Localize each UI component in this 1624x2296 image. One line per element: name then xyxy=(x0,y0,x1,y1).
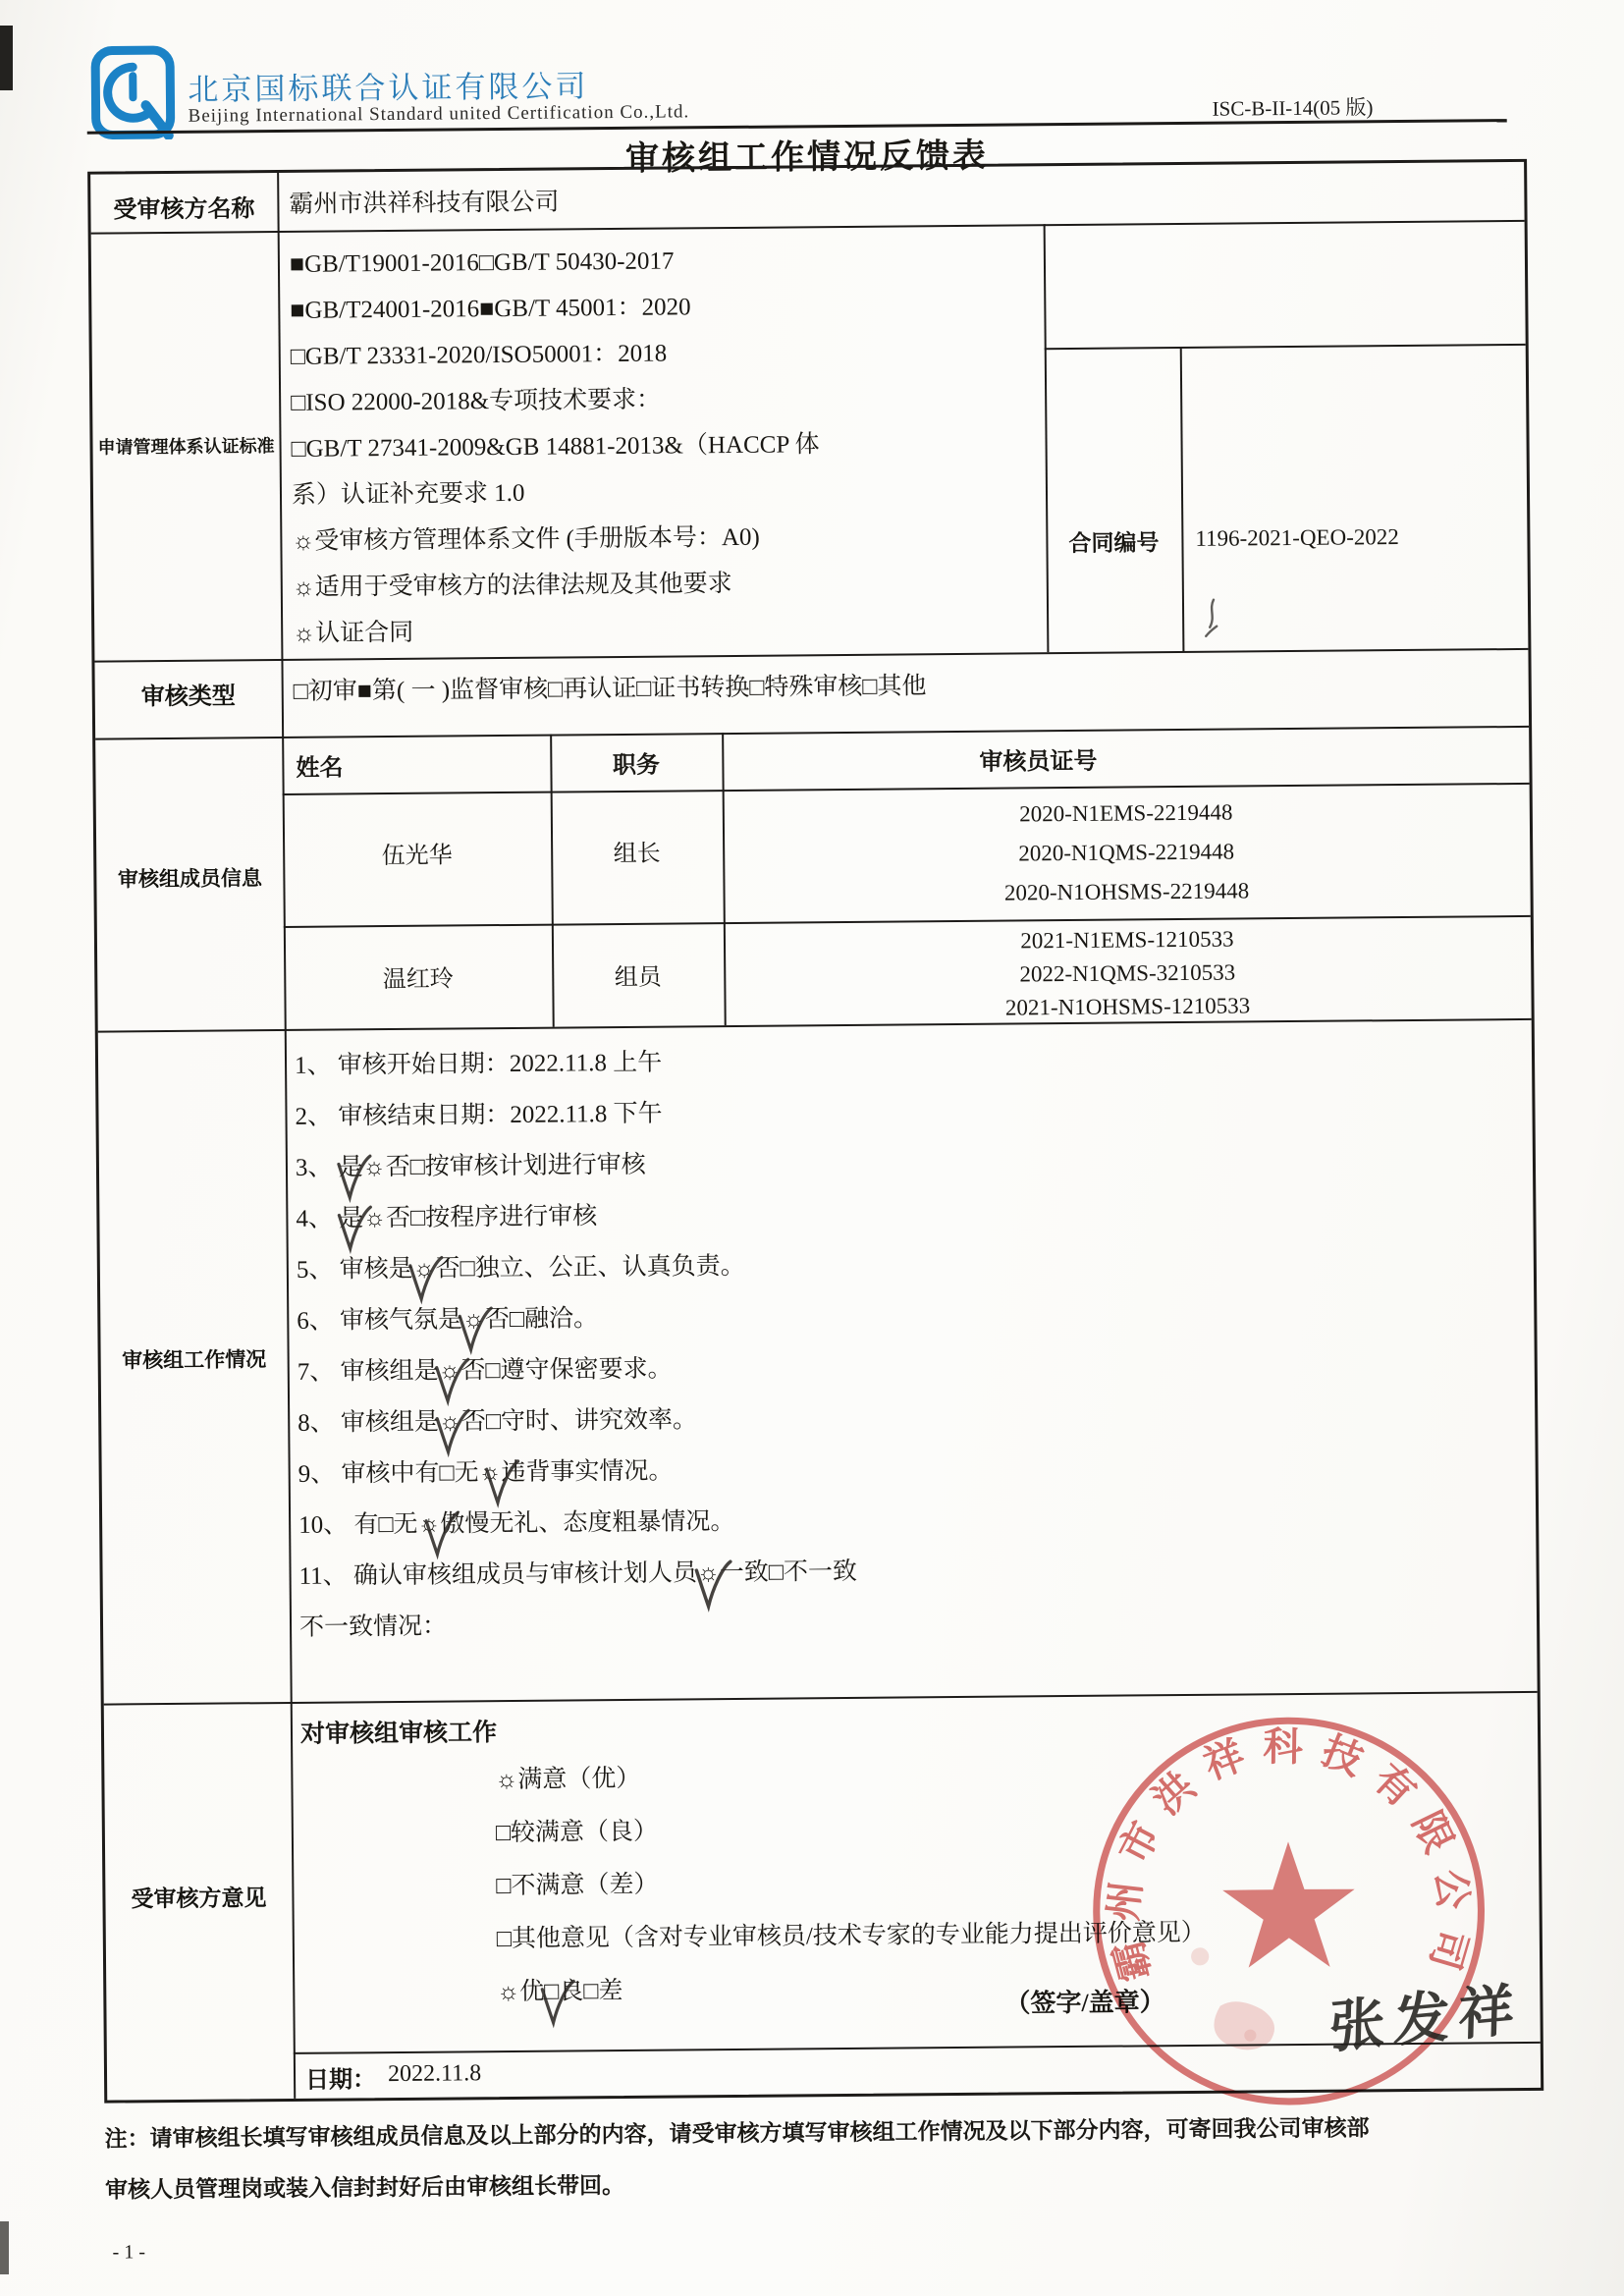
member-certs: 2020-N1EMS-2219448 2020-N1QMS-2219448 20… xyxy=(723,791,1531,915)
row-divider xyxy=(91,220,1525,235)
member-header-cert: 审核员证号 xyxy=(783,739,1293,779)
work-item: 不一致情况： xyxy=(299,1592,1527,1654)
standards-line: ■GB/T24001-2016■GB/T 45001：2020 xyxy=(290,283,839,334)
company-name-cn: 北京国标联合认证有限公司 xyxy=(188,61,588,109)
scan-artifact xyxy=(0,2221,9,2274)
company-logo xyxy=(89,45,177,140)
column-divider xyxy=(1180,347,1185,651)
handwritten-check-icon xyxy=(538,1979,575,2028)
standards-line: □GB/T 23331-2020/ISO50001：2018 xyxy=(291,329,840,380)
auditee-label: 受审核方名称 xyxy=(90,189,277,225)
date-label: 日期： xyxy=(305,2059,376,2095)
handwritten-check-icon xyxy=(433,1357,470,1406)
standards-line: ■GB/T19001-2016□GB/T 50430-2017 xyxy=(290,237,839,288)
member-header-name: 姓名 xyxy=(296,747,343,782)
standards-line: □ISO 22000-2018&专项技术要求： xyxy=(291,375,840,426)
members-label: 审核组成员信息 xyxy=(96,862,283,894)
seal-star-icon xyxy=(1222,1841,1356,1968)
member-name: 温红玲 xyxy=(284,958,552,995)
doc-code: ISC-B-II-14(05 版) xyxy=(1212,91,1373,122)
handwritten-mark xyxy=(1202,597,1223,644)
contract-cell-top-border xyxy=(1045,344,1526,350)
handwritten-check-icon xyxy=(483,1459,520,1508)
cert-number: 2021-N1OHSMS-1210533 xyxy=(724,987,1531,1027)
member-name: 伍光华 xyxy=(283,835,551,871)
standards-label: 申请管理体系认证标准 xyxy=(92,432,279,460)
opinion-intro: 对审核组审核工作 xyxy=(300,1713,497,1750)
contract-number: 1196-2021-QEO-2022 xyxy=(1195,524,1399,552)
auditee-value: 霸州市洪祥科技有限公司 xyxy=(289,183,559,220)
handwritten-check-icon xyxy=(406,1256,444,1305)
handwritten-check-icon xyxy=(456,1306,493,1355)
row-divider xyxy=(95,726,1529,740)
member-header-role: 职务 xyxy=(550,744,722,781)
cert-number: 2020-N1OHSMS-2219448 xyxy=(723,869,1530,915)
scanned-document-page: 北京国标联合认证有限公司 Beijing International Stand… xyxy=(0,0,1624,2296)
handwritten-check-icon xyxy=(433,1408,470,1457)
standards-line: ☼受审核方管理体系文件 (手册版本号：A0) xyxy=(292,514,841,565)
page-number: - 1 - xyxy=(113,2241,146,2264)
document-content: 北京国标联合认证有限公司 Beijing International Stand… xyxy=(0,0,1624,2296)
opinion-label: 受审核方意见 xyxy=(105,1880,292,1914)
contract-label: 合同编号 xyxy=(1046,524,1181,558)
member-role: 组员 xyxy=(552,957,724,993)
column-divider xyxy=(1044,224,1050,652)
footer-note-line2: 审核人员管理岗或装入信封封好后由审核组长带回。 xyxy=(105,2159,1558,2205)
footer-note-line1: 注：请审核组长填写审核组成员信息及以上部分的内容，请受审核方填写审核组工作情况及… xyxy=(104,2108,1557,2154)
standards-line: □GB/T 27341-2009&GB 14881-2013&（HACCP 体系… xyxy=(291,421,841,519)
date-value: 2022.11.8 xyxy=(388,2060,481,2088)
member-certs: 2021-N1EMS-1210533 2022-N1QMS-3210533 20… xyxy=(724,920,1532,1027)
handwritten-check-icon xyxy=(335,1205,372,1254)
standards-line: ☼认证合同 xyxy=(293,606,842,657)
row-divider xyxy=(104,1691,1538,1706)
audit-type-label: 审核类型 xyxy=(95,676,282,712)
standards-list: ■GB/T19001-2016□GB/T 50430-2017 ■GB/T240… xyxy=(290,237,843,657)
handwritten-check-icon xyxy=(422,1510,460,1559)
company-name-en: Beijing International Standard united Ce… xyxy=(189,101,690,127)
company-seal-stamp: 霸州市洪祥科技有限公司 xyxy=(1079,1705,1499,2117)
work-label: 审核组工作情况 xyxy=(101,1343,288,1375)
standards-line: ☼适用于受审核方的法律法规及其他要求 xyxy=(293,560,842,611)
member-role: 组长 xyxy=(551,833,723,869)
audit-type-value: □初审■第( 一 )监督审核□再认证□证书转换□特殊审核□其他 xyxy=(294,666,927,707)
handwritten-check-icon xyxy=(691,1559,732,1613)
handwritten-check-icon xyxy=(335,1154,372,1203)
